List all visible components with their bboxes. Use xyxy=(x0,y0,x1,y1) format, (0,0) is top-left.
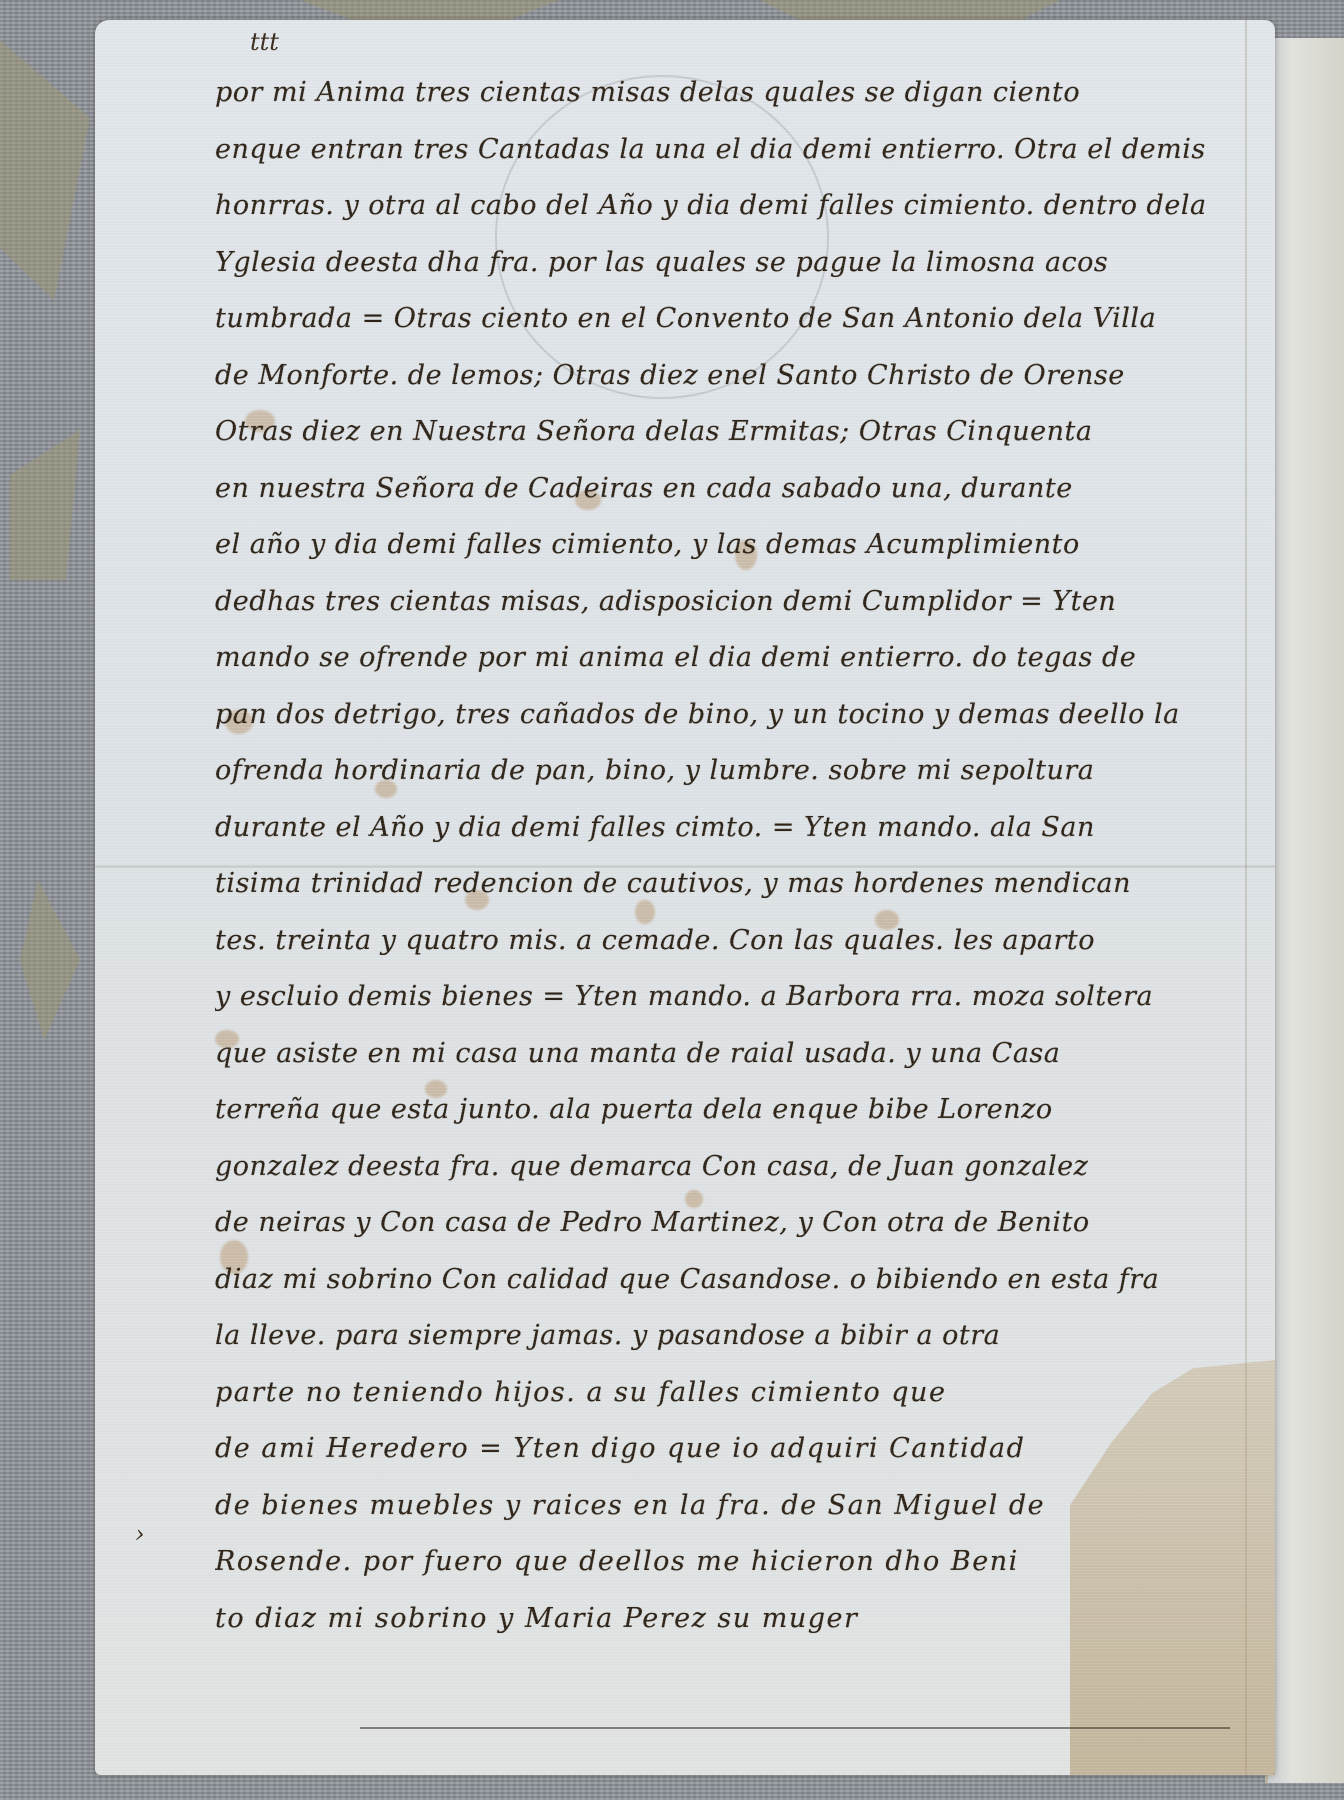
text-line: por mi Anima tres cientas misas delas qu… xyxy=(215,65,1215,122)
text-line: durante el Año y dia demi falles cimto. … xyxy=(215,800,1215,857)
text-line: enque entran tres Cantadas la una el dia… xyxy=(215,122,1215,179)
text-line: terreña que esta junto. ala puerta dela … xyxy=(215,1082,1215,1139)
adjacent-page-edge xyxy=(1265,38,1344,1783)
text-line: tisima trinidad redencion de cautivos, y… xyxy=(215,856,1215,913)
manuscript-page: ttt › por mi Anima tres cientas misas de… xyxy=(95,20,1275,1775)
handwritten-text-block: por mi Anima tres cientas misas delas qu… xyxy=(215,65,1215,1647)
superscript-mark: ttt xyxy=(250,28,279,56)
text-line: Rosende. por fuero que deellos me hicier… xyxy=(215,1534,1215,1591)
text-line: Yglesia deesta dha fra. por las quales s… xyxy=(215,235,1215,292)
text-line: la lleve. para siempre jamas. y pasandos… xyxy=(215,1308,1215,1365)
text-line: Otras diez en Nuestra Señora delas Ermit… xyxy=(215,404,1215,461)
text-line: to diaz mi sobrino y Maria Perez su muge… xyxy=(215,1591,1215,1648)
text-line: parte no teniendo hijos. a su falles cim… xyxy=(215,1365,1215,1422)
text-line: mando se ofrende por mi anima el dia dem… xyxy=(215,630,1215,687)
text-line: que asiste en mi casa una manta de raial… xyxy=(215,1026,1215,1083)
fabric-pattern xyxy=(20,880,80,1040)
text-line: honrras. y otra al cabo del Año y dia de… xyxy=(215,178,1215,235)
text-line: dedhas tres cientas misas, adisposicion … xyxy=(215,574,1215,631)
margin-mark: › xyxy=(135,1520,145,1548)
text-line: tes. treinta y quatro mis. a cemade. Con… xyxy=(215,913,1215,970)
text-line: pan dos detrigo, tres cañados de bino, y… xyxy=(215,687,1215,744)
text-line: de bienes muebles y raices en la fra. de… xyxy=(215,1478,1215,1535)
fabric-pattern xyxy=(10,430,80,580)
text-line: de Monforte. de lemos; Otras diez enel S… xyxy=(215,348,1215,405)
text-line: el año y dia demi falles cimiento, y las… xyxy=(215,517,1215,574)
text-line: en nuestra Señora de Cadeiras en cada sa… xyxy=(215,461,1215,518)
text-line: gonzalez deesta fra. que demarca Con cas… xyxy=(215,1139,1215,1196)
text-line: ofrenda hordinaria de pan, bino, y lumbr… xyxy=(215,743,1215,800)
text-line: de ami Heredero = Yten digo que io adqui… xyxy=(215,1421,1215,1478)
text-line: diaz mi sobrino Con calidad que Casandos… xyxy=(215,1252,1215,1309)
fabric-pattern xyxy=(0,40,90,300)
text-line: y escluio demis bienes = Yten mando. a B… xyxy=(215,969,1215,1026)
text-line: tumbrada = Otras ciento en el Convento d… xyxy=(215,291,1215,348)
closing-rule xyxy=(360,1727,1230,1729)
text-line: de neiras y Con casa de Pedro Martinez, … xyxy=(215,1195,1215,1252)
